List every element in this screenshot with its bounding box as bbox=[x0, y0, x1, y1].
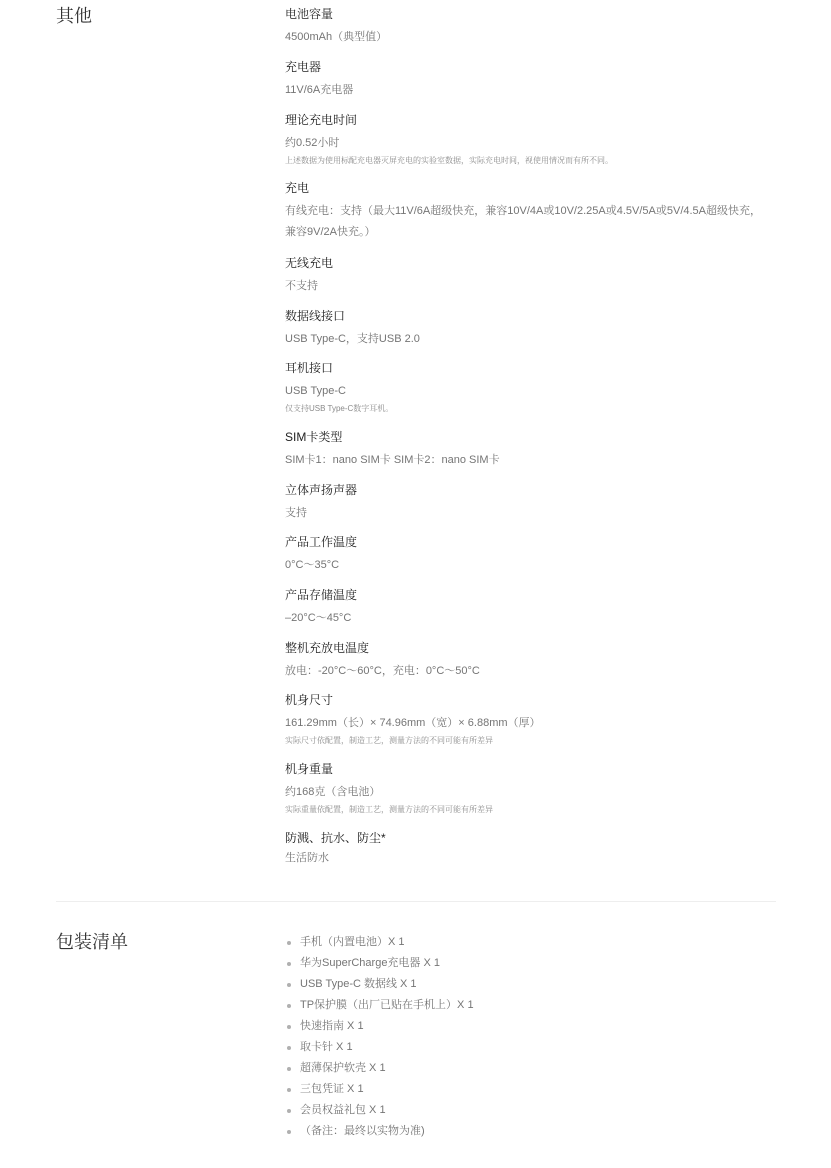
list-item-text: 快速指南 X 1 bbox=[300, 1020, 364, 1032]
section-title-other: 其他 bbox=[56, 4, 92, 28]
spec-wireless-charging: 无线充电 不支持 bbox=[285, 255, 333, 297]
bullet-icon bbox=[287, 1046, 291, 1050]
spec-battery-capacity: 电池容量 4500mAh（典型值） bbox=[285, 6, 387, 48]
bullet-icon bbox=[287, 1088, 291, 1092]
list-item: USB Type-C 数据线 X 1 bbox=[285, 974, 474, 995]
bullet-icon bbox=[287, 1025, 291, 1029]
spec-label: 无线充电 bbox=[285, 255, 333, 271]
spec-label: 充电 bbox=[285, 180, 785, 196]
spec-note: 实际尺寸依配置，制造工艺，测量方法的不同可能有所差异 bbox=[285, 735, 541, 747]
spec-label: 防溅、抗水、防尘* bbox=[285, 830, 386, 846]
spec-sim-type: SIM卡类型 SIM卡1：nano SIM卡 SIM卡2：nano SIM卡 bbox=[285, 429, 500, 471]
spec-value: USB Type-C，支持USB 2.0 bbox=[285, 329, 420, 350]
list-item-text: 华为SuperCharge充电器 X 1 bbox=[300, 957, 440, 969]
spec-label: 立体声扬声器 bbox=[285, 482, 357, 498]
spec-value-continued: 兼容9V/2A快充。） bbox=[285, 222, 785, 243]
bullet-icon bbox=[287, 1130, 291, 1134]
spec-stereo-speaker: 立体声扬声器 支持 bbox=[285, 482, 357, 524]
bullet-icon bbox=[287, 941, 291, 945]
bullet-icon bbox=[287, 1004, 291, 1008]
section-title-packing: 包装清单 bbox=[56, 930, 128, 954]
list-item: TP保护膜（出厂已贴在手机上）X 1 bbox=[285, 995, 474, 1016]
bullet-icon bbox=[287, 1109, 291, 1113]
list-item: 华为SuperCharge充电器 X 1 bbox=[285, 953, 474, 974]
list-item-text: 三包凭证 X 1 bbox=[300, 1083, 364, 1095]
spec-label: 机身重量 bbox=[285, 761, 493, 777]
spec-value: 有线充电：支持（最大11V/6A超级快充，兼容10V/4A或10V/2.25A或… bbox=[285, 201, 785, 222]
spec-charge-discharge-temp: 整机充放电温度 放电：-20°C～60°C，充电：0°C～50°C bbox=[285, 640, 480, 682]
section-divider bbox=[56, 901, 776, 902]
spec-value: 放电：-20°C～60°C，充电：0°C～50°C bbox=[285, 661, 480, 682]
spec-value: SIM卡1：nano SIM卡 SIM卡2：nano SIM卡 bbox=[285, 450, 500, 471]
spec-label: SIM卡类型 bbox=[285, 429, 500, 445]
bullet-icon bbox=[287, 962, 291, 966]
spec-value: –20°C～45°C bbox=[285, 608, 357, 629]
list-item: 手机（内置电池）X 1 bbox=[285, 932, 474, 953]
spec-label: 理论充电时间 bbox=[285, 112, 613, 128]
spec-label: 电池容量 bbox=[285, 6, 387, 22]
spec-label: 充电器 bbox=[285, 59, 353, 75]
list-item-text: 会员权益礼包 X 1 bbox=[300, 1104, 386, 1116]
spec-value: 生活防水 bbox=[285, 848, 386, 869]
spec-label: 产品存储温度 bbox=[285, 587, 357, 603]
spec-value: 161.29mm（长）× 74.96mm（宽）× 6.88mm（厚） bbox=[285, 713, 541, 734]
spec-value: 约0.52小时 bbox=[285, 133, 613, 154]
list-item-text: TP保护膜（出厂已贴在手机上）X 1 bbox=[300, 999, 474, 1011]
spec-value: 不支持 bbox=[285, 276, 333, 297]
list-item: 三包凭证 X 1 bbox=[285, 1079, 474, 1100]
spec-charger: 充电器 11V/6A充电器 bbox=[285, 59, 353, 101]
spec-value: 0°C～35°C bbox=[285, 555, 357, 576]
spec-operating-temp: 产品工作温度 0°C～35°C bbox=[285, 534, 357, 576]
list-item: （备注：最终以实物为准) bbox=[285, 1121, 474, 1142]
list-item: 取卡针 X 1 bbox=[285, 1037, 474, 1058]
spec-data-port: 数据线接口 USB Type-C，支持USB 2.0 bbox=[285, 308, 420, 350]
spec-value: 11V/6A充电器 bbox=[285, 80, 353, 101]
spec-label: 产品工作温度 bbox=[285, 534, 357, 550]
spec-note: 仅支持USB Type-C数字耳机。 bbox=[285, 403, 393, 415]
spec-charge-time: 理论充电时间 约0.52小时 上述数据为使用标配充电器灭屏充电的实验室数据，实际… bbox=[285, 112, 613, 167]
list-item-text: 手机（内置电池）X 1 bbox=[300, 936, 405, 948]
spec-storage-temp: 产品存储温度 –20°C～45°C bbox=[285, 587, 357, 629]
spec-value: 支持 bbox=[285, 503, 357, 524]
list-item-text: （备注：最终以实物为准) bbox=[300, 1125, 425, 1137]
spec-weight: 机身重量 约168克（含电池） 实际重量依配置，制造工艺，测量方法的不同可能有所… bbox=[285, 761, 493, 816]
spec-label: 耳机接口 bbox=[285, 360, 393, 376]
spec-value: USB Type-C bbox=[285, 381, 393, 402]
spec-dimensions: 机身尺寸 161.29mm（长）× 74.96mm（宽）× 6.88mm（厚） … bbox=[285, 692, 541, 747]
spec-label: 机身尺寸 bbox=[285, 692, 541, 708]
list-item-text: 超薄保护软壳 X 1 bbox=[300, 1062, 386, 1074]
spec-value: 约168克（含电池） bbox=[285, 782, 493, 803]
spec-note: 上述数据为使用标配充电器灭屏充电的实验室数据，实际充电时间，视使用情况而有所不同… bbox=[285, 155, 613, 167]
list-item: 超薄保护软壳 X 1 bbox=[285, 1058, 474, 1079]
spec-label: 数据线接口 bbox=[285, 308, 420, 324]
spec-water-resistance: 防溅、抗水、防尘* 生活防水 bbox=[285, 830, 386, 869]
list-item: 会员权益礼包 X 1 bbox=[285, 1100, 474, 1121]
list-item-text: 取卡针 X 1 bbox=[300, 1041, 353, 1053]
spec-value: 4500mAh（典型值） bbox=[285, 27, 387, 48]
list-item: 快速指南 X 1 bbox=[285, 1016, 474, 1037]
spec-label: 整机充放电温度 bbox=[285, 640, 480, 656]
spec-note: 实际重量依配置，制造工艺，测量方法的不同可能有所差异 bbox=[285, 804, 493, 816]
spec-headphone-port: 耳机接口 USB Type-C 仅支持USB Type-C数字耳机。 bbox=[285, 360, 393, 415]
bullet-icon bbox=[287, 1067, 291, 1071]
packing-list: 手机（内置电池）X 1 华为SuperCharge充电器 X 1 USB Typ… bbox=[285, 932, 474, 1142]
list-item-text: USB Type-C 数据线 X 1 bbox=[300, 978, 417, 990]
spec-charging: 充电 有线充电：支持（最大11V/6A超级快充，兼容10V/4A或10V/2.2… bbox=[285, 180, 785, 243]
bullet-icon bbox=[287, 983, 291, 987]
